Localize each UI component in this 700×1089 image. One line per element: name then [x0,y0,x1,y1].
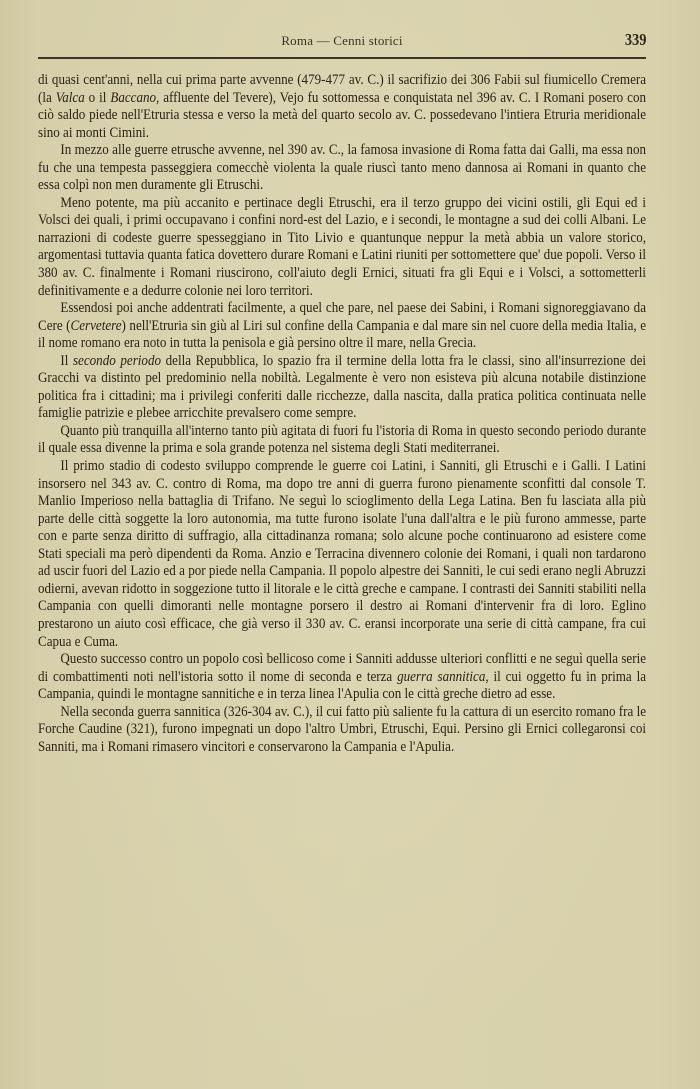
running-head: Roma — Cenni storici 339 [38,30,646,54]
text-run: o il [85,89,111,106]
text-run: Nella seconda guerra sannitica (326-304 … [38,703,646,755]
italic-term: Baccano [110,89,156,106]
italic-term: Cervetere [71,317,122,334]
paragraph: Essendosi poi anche addentrati facilment… [38,299,646,352]
header-rule [38,57,646,59]
paragraph: Il secondo periodo della Repubblica, lo … [38,352,646,422]
italic-term: guerra sannitica [397,668,485,685]
paragraph: di quasi cent'anni, nella cui prima part… [38,71,646,141]
paragraph: Il primo stadio di codesto sviluppo comp… [38,457,646,650]
paragraph: Nella seconda guerra sannitica (326-304 … [38,703,646,756]
text-run: Meno potente, ma più accanito e pertinac… [38,194,646,299]
running-title: Roma — Cenni storici [38,33,646,49]
paragraph: Quanto più tranquilla all'interno tanto … [38,422,646,457]
paragraph: In mezzo alle guerre etrusche avvenne, n… [38,141,646,194]
italic-term: Valca [56,89,85,106]
body-text: di quasi cent'anni, nella cui prima part… [38,71,646,755]
text-run: ) nell'Etruria sin giù al Liri sul confi… [38,317,646,352]
book-page: Roma — Cenni storici 339 di quasi cent'a… [0,0,700,1089]
text-run: Il [60,352,73,369]
text-run: Il primo stadio di codesto sviluppo comp… [38,457,646,649]
paragraph: Questo successo contro un popolo così be… [38,650,646,703]
page-number: 339 [624,30,646,50]
text-run: In mezzo alle guerre etrusche avvenne, n… [38,141,646,193]
paragraph: Meno potente, ma più accanito e pertinac… [38,194,646,299]
italic-term: secondo periodo [73,352,161,369]
text-run: Quanto più tranquilla all'interno tanto … [38,422,646,457]
